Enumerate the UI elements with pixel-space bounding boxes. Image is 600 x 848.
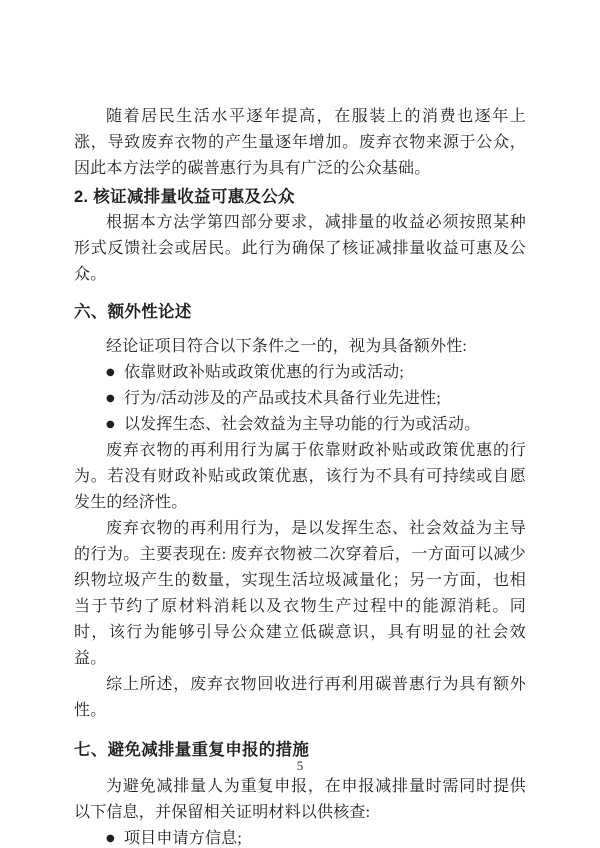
bullet-icon: ● [106, 826, 115, 848]
bullet-item-label: 项目申请方信息; [124, 830, 242, 847]
paragraph-additionality-intro: 经论证项目符合以下条件之一的，视为具备额外性: [74, 334, 526, 360]
document-content: 随着居民生活水平逐年提高，在服装上的消费也逐年上涨，导致废弃衣物的产生量逐年增加… [74, 0, 526, 848]
bullet-item-eco-social-function: ●以发挥生态、社会效益为主导功能的行为或活动。 [74, 412, 526, 438]
document-page: 随着居民生活水平逐年提高，在服装上的消费也逐年上涨，导致废弃衣物的产生量逐年增加… [0, 0, 600, 848]
bullet-icon: ● [106, 386, 115, 412]
paragraph-subsidy: 废弃衣物的再利用行为属于依靠财政补贴或政策优惠的行为。若没有财政补贴或政策优惠，… [74, 438, 526, 516]
heading-verified-reduction-benefit: 2. 核证减排量收益可惠及公众 [74, 184, 526, 210]
bullet-item-subsidy-policy: ●依靠财政补贴或政策优惠的行为或活动; [74, 360, 526, 386]
bullet-item-label: 依靠财政补贴或政策优惠的行为或活动; [124, 364, 404, 381]
bullet-item-applicant-info: ●项目申请方信息; [74, 826, 526, 848]
bullet-icon: ● [106, 360, 115, 386]
paragraph-eco-social: 废弃衣物的再利用行为，是以发挥生态、社会效益为主导的行为。主要表现在: 废弃衣物… [74, 516, 526, 672]
page-number: 5 [0, 758, 600, 774]
bullet-item-label: 以发挥生态、社会效益为主导功能的行为或活动。 [124, 416, 480, 433]
bullet-icon: ● [106, 412, 115, 438]
bullet-item-label: 行为/活动涉及的产品或技术具备行业先进性; [124, 390, 441, 407]
heading-section-additionality: 六、额外性论述 [74, 299, 526, 325]
bullet-item-industry-advanced: ●行为/活动涉及的产品或技术具备行业先进性; [74, 386, 526, 412]
paragraph-benefit-public: 根据本方法学第四部分要求，减排量的收益必须按照某种形式反馈社会或居民。此行为确保… [74, 210, 526, 288]
paragraph-summary: 综上所述，废弃衣物回收进行再利用碳普惠行为具有额外性。 [74, 672, 526, 724]
paragraph-public-base: 随着居民生活水平逐年提高，在服装上的消费也逐年上涨，导致废弃衣物的产生量逐年增加… [74, 104, 526, 182]
paragraph-avoid-duplicate: 为避免减排量人为重复申报，在申报减排量时需同时提供以下信息，并保留相关证明材料以… [74, 774, 526, 826]
